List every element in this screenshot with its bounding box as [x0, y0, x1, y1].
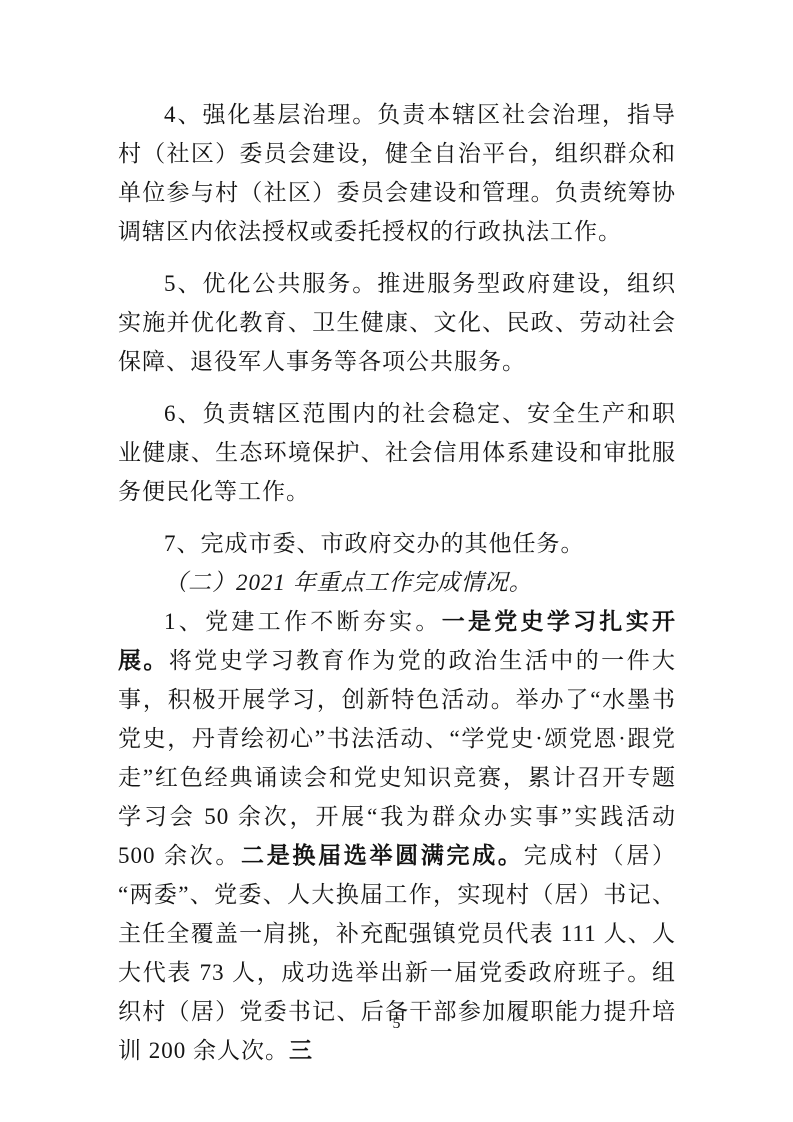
paragraph-duty-4: 4、强化基层治理。负责本辖区社会治理，指导村（社区）委员会建设，健全自治平台，组…: [118, 95, 676, 251]
work1-bold-point-three-lead: 三: [289, 1038, 313, 1063]
section-heading-2021-key-work: （二）2021 年重点工作完成情况。: [118, 563, 676, 602]
work1-bold-point-two: 二是换届选举圆满完成。: [241, 843, 524, 868]
page-number: 5: [393, 1015, 401, 1032]
work1-intro-text: 1、党建工作不断夯实。: [164, 609, 442, 634]
paragraph-work-1: 1、党建工作不断夯实。一是党史学习扎实开展。将党史学习教育作为党的政治生活中的一…: [118, 602, 676, 1070]
paragraph-duty-6: 6、负责辖区范围内的社会稳定、安全生产和职业健康、生态环境保护、社会信用体系建设…: [118, 394, 676, 511]
page-footer: 5: [0, 1014, 793, 1034]
work1-point-one-detail: 将党史学习教育作为党的政治生活中的一件大事，积极开展学习，创新特色活动。举办了“…: [118, 648, 676, 868]
paragraph-duty-5: 5、优化公共服务。推进服务型政府建设，组织实施并优化教育、卫生健康、文化、民政、…: [118, 264, 676, 381]
document-page: 4、强化基层治理。负责本辖区社会治理，指导村（社区）委员会建设，健全自治平台，组…: [0, 0, 793, 1122]
paragraph-duty-7: 7、完成市委、市政府交办的其他任务。: [118, 524, 676, 563]
document-body: 4、强化基层治理。负责本辖区社会治理，指导村（社区）委员会建设，健全自治平台，组…: [118, 95, 676, 1070]
